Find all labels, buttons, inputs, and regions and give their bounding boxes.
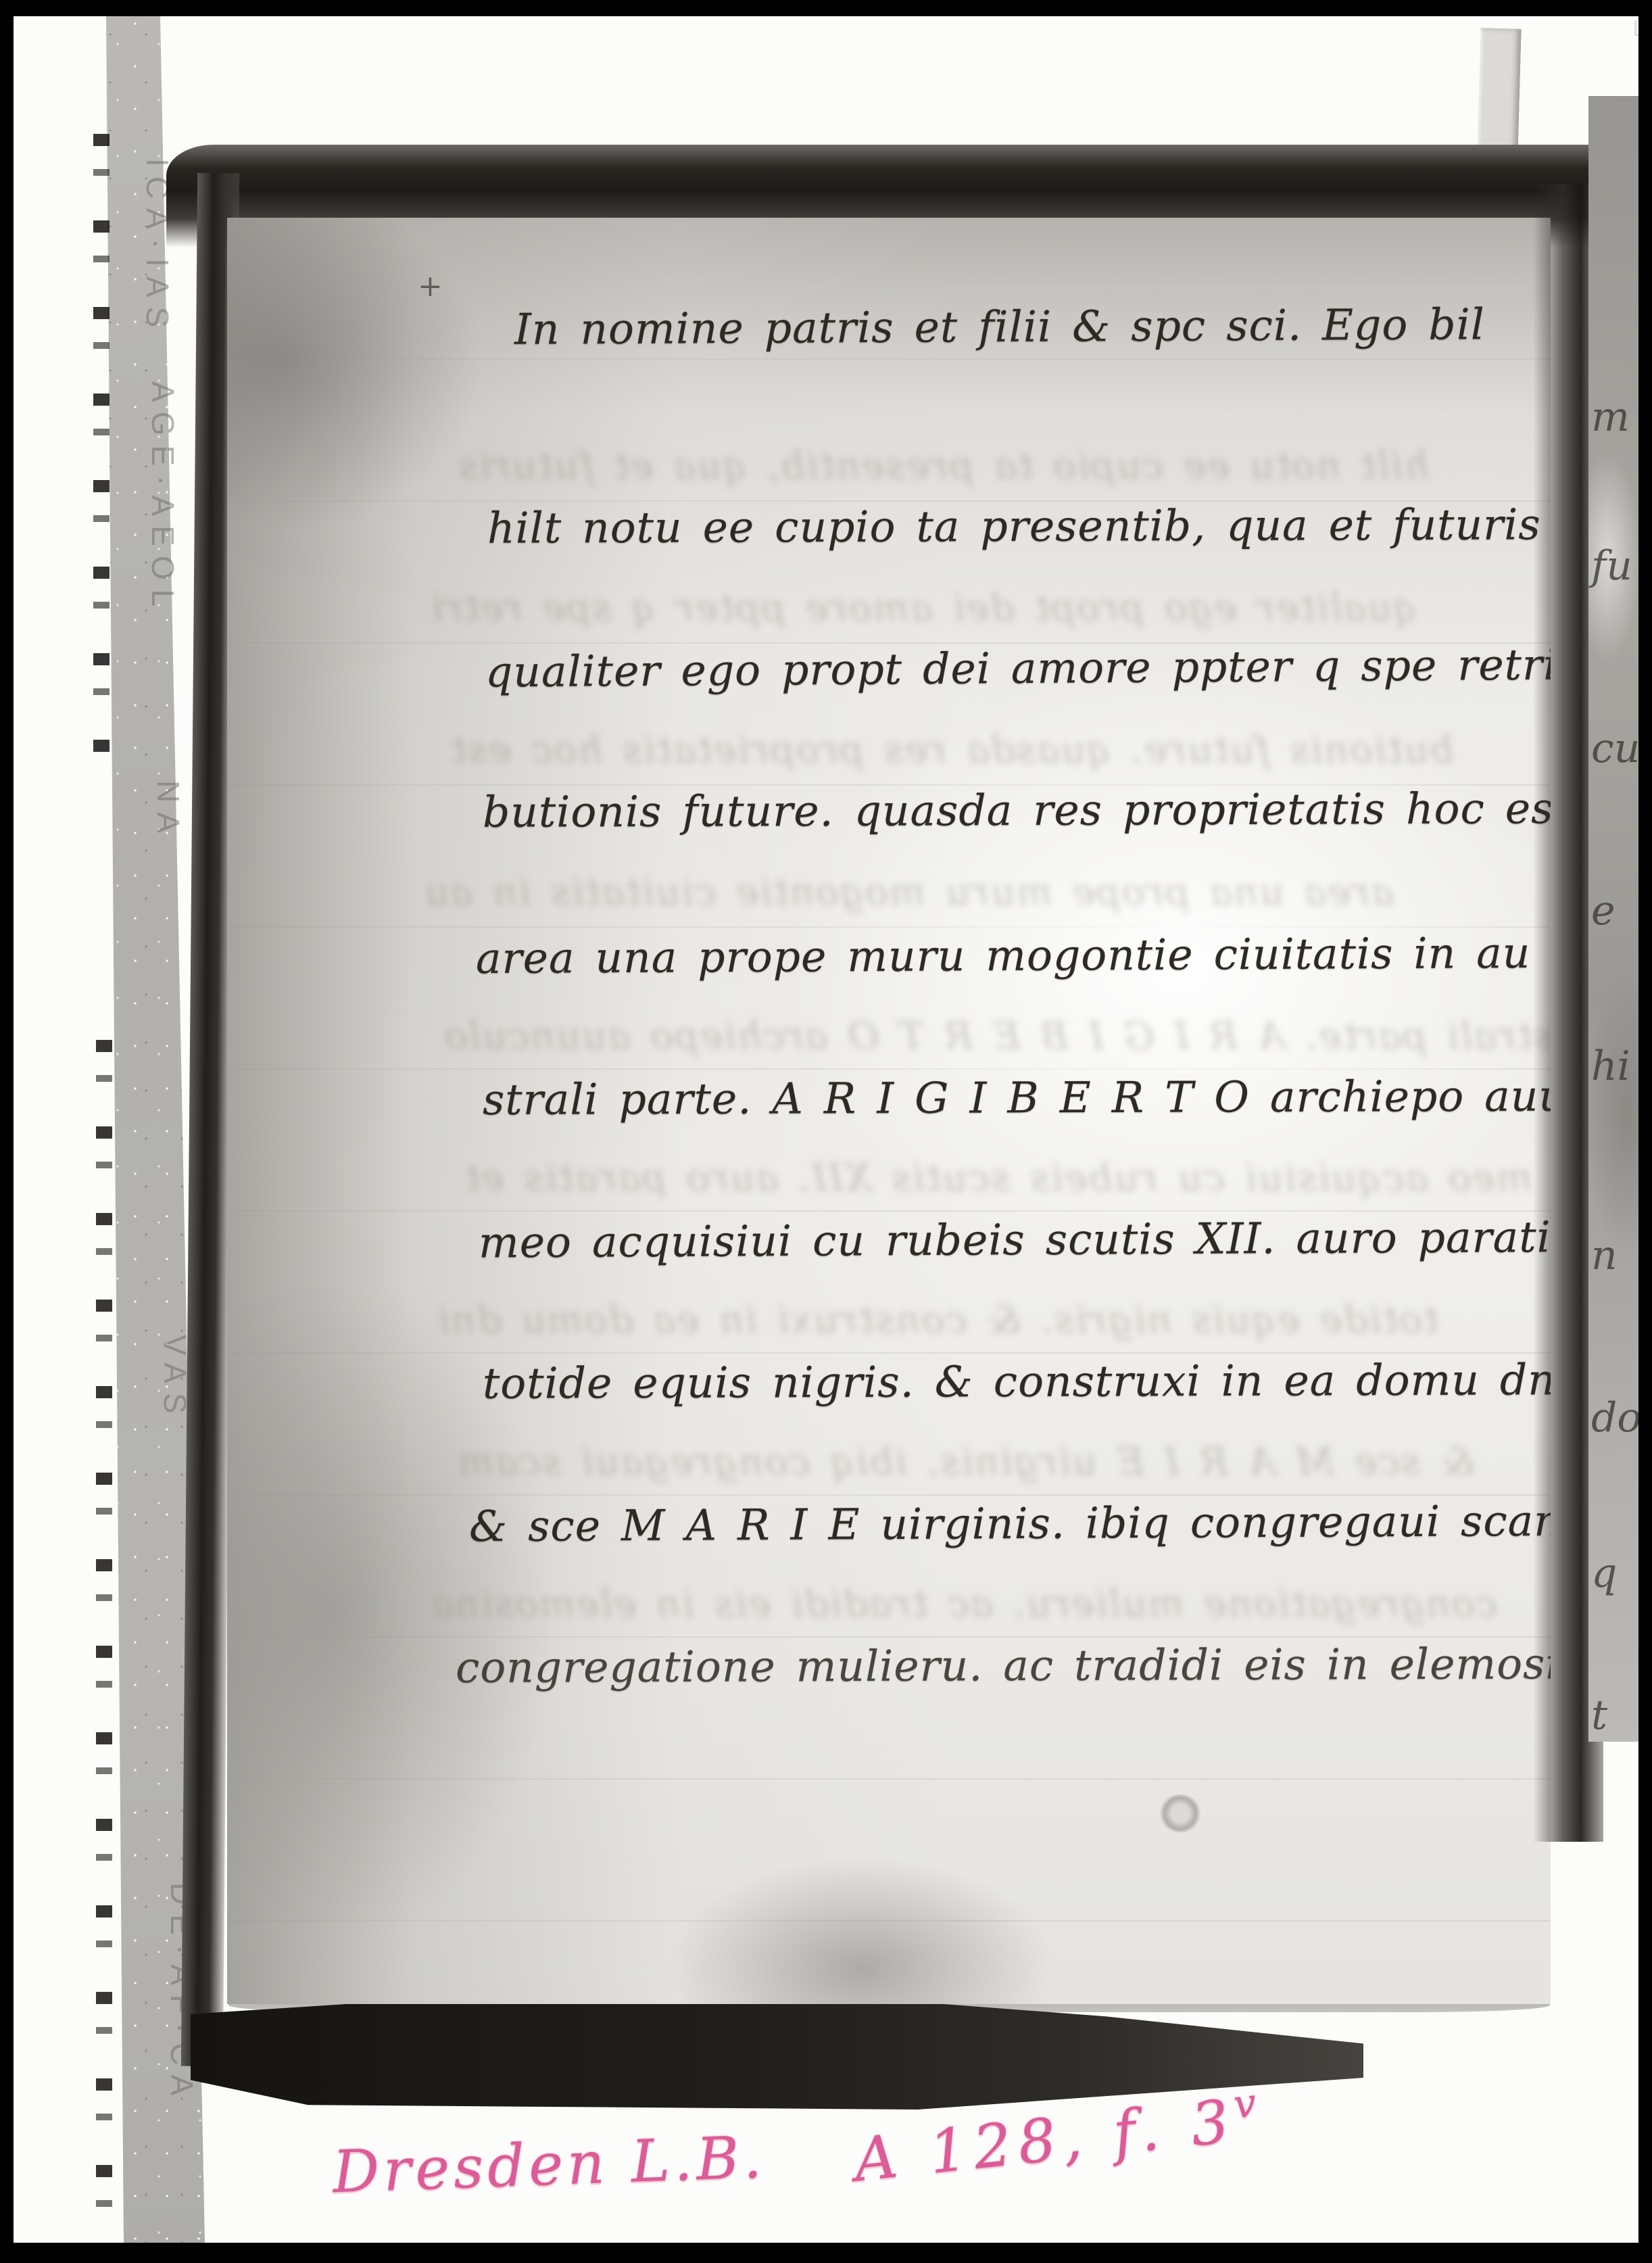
facing-page: m fu cu e hi n do q t <box>1588 96 1638 1742</box>
manuscript-line: butionis future. quasda res proprietatis… <box>483 784 1551 837</box>
facing-page-fragment: hi <box>1591 1043 1630 1090</box>
folio-superscript: v <box>1232 2078 1265 2127</box>
showthrough-line: butionis future. quasda res proprietatis… <box>450 728 1454 772</box>
manuscript-line: In nomine patris et filii & spc sci. Ego… <box>514 300 1485 354</box>
showthrough-line: totide equis nigris. & construxi in ea d… <box>437 1298 1438 1342</box>
facing-page-fragment: q <box>1591 1550 1617 1597</box>
showthrough-line: congregatione mulieru. ac tradidi eis in… <box>430 1582 1497 1626</box>
manuscript-line: area una prope muru mogontie ciuitatis i… <box>476 928 1531 983</box>
showthrough-line: area una prope muru mogontie ciuitatis i… <box>423 870 1394 914</box>
facing-page-fragment: do <box>1591 1394 1638 1442</box>
facing-page-fragment: fu <box>1591 542 1632 590</box>
photograph: ICA·IAS AGE·AEOL NA VAS DE·AF·CA + hilt … <box>0 0 1652 2263</box>
facing-page-fragment: m <box>1591 394 1630 441</box>
showthrough-line: hilt notu ee cupio ta presentib, qua et … <box>457 444 1429 488</box>
manuscript-line: congregatione mulieru. ac tradidi eis in… <box>456 1639 1551 1692</box>
facing-page-fragment: cu <box>1591 725 1638 772</box>
parchment-blemish <box>1159 1794 1202 1832</box>
plus-mark: + <box>418 269 443 304</box>
manuscript-page: + hilt notu ee cupio ta presentib, qua e… <box>227 218 1551 2004</box>
manuscript-line: meo acquisiui cu rubeis scutis XII. auro… <box>479 1212 1551 1268</box>
manuscript-line: strali parte. A R I G I B E R T O archie… <box>483 1071 1551 1124</box>
facing-page-fragment: n <box>1591 1232 1618 1279</box>
film-strip-edge-marks <box>93 111 110 773</box>
showthrough-line: qualiter ego propt dei amore ppter q spe… <box>430 586 1417 630</box>
film-strip-text: NA <box>150 780 187 842</box>
manuscript-line: qualiter ego propt dei amore ppter q spe… <box>485 640 1551 696</box>
showthrough-line: & sce M A R I E uirginis. ibiq congregau… <box>457 1440 1474 1484</box>
manuscript-line: hilt notu ee cupio ta presentib, qua et … <box>487 500 1541 552</box>
paper-tab <box>1477 28 1521 159</box>
facing-page-fragment: t <box>1591 1692 1607 1739</box>
manuscript-line: totide equis nigris. & construxi in ea d… <box>483 1355 1551 1408</box>
facing-page-fragment: e <box>1591 887 1615 934</box>
corner-registration-mark <box>1634 20 1638 36</box>
film-strip-edge-marks <box>96 1017 112 2241</box>
showthrough-line: strali parte. A R I G I B E R T O archie… <box>443 1014 1551 1058</box>
film-strip-text: AGE·AEOL <box>145 381 181 616</box>
catalog-annotation-library: Dresden L.B. <box>331 2124 767 2206</box>
showthrough-line: meo acquisiui cu rubeis scutis XII. auro… <box>464 1156 1532 1200</box>
photo-print-area: ICA·IAS AGE·AEOL NA VAS DE·AF·CA + hilt … <box>14 16 1638 2243</box>
manuscript-line: & sce M A R I E uirginis. ibiq congregau… <box>469 1496 1551 1552</box>
